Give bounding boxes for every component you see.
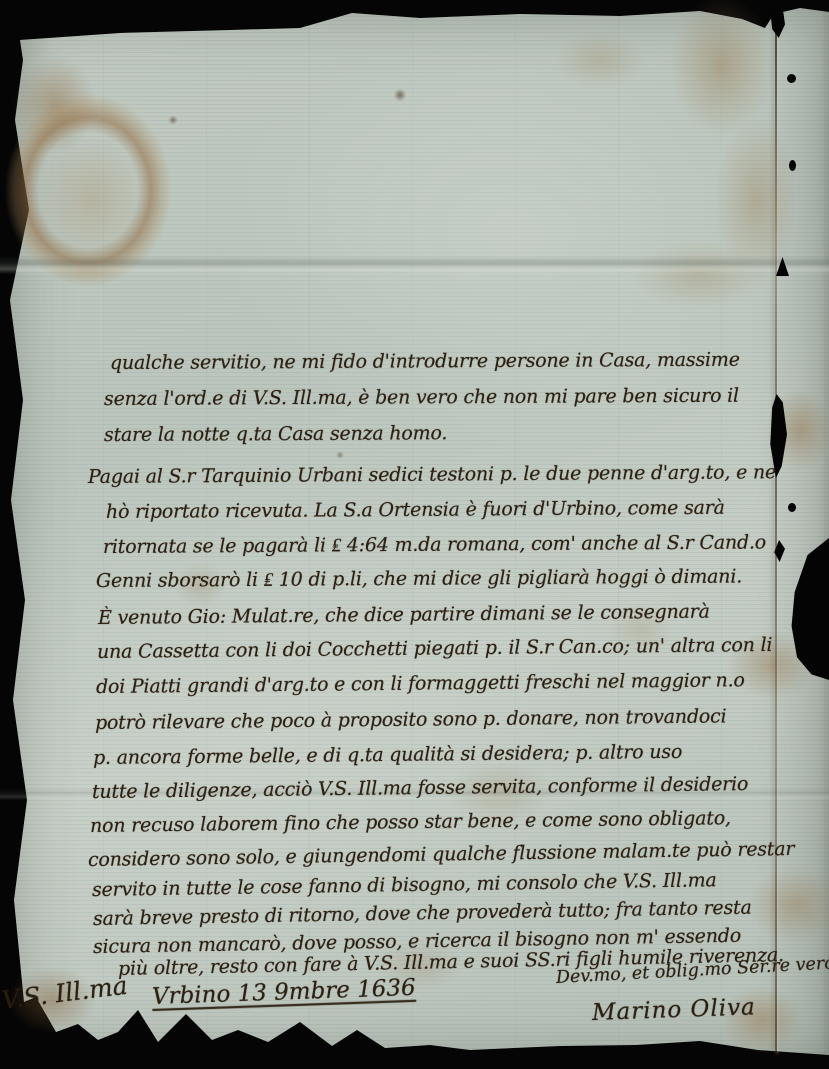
- manuscript-line: servito in tutte le cose fanno di bisogn…: [92, 869, 717, 901]
- manuscript-line: potrò rilevare che poco à proposito sono…: [95, 705, 727, 734]
- manuscript-line: considero sono solo, e giungendomi qualc…: [88, 838, 795, 871]
- manuscript-line: doi Piatti grandi d'arg.to e con li form…: [96, 669, 745, 698]
- manuscript-line: ritornata se le pagarà li ₤ 4:64 m.da ro…: [103, 531, 766, 559]
- manuscript-line: hò riportato ricevuta. La S.a Ortensia è…: [106, 497, 725, 523]
- signature: Marino Oliva: [592, 994, 757, 1026]
- manuscript-line: È venuto Gio: Mulat.re, che dice partire…: [98, 601, 710, 629]
- manuscript-line: stare la notte q.ta Casa senza homo.: [104, 422, 447, 446]
- manuscript-line: Pagai al S.r Tarquinio Urbani sedici tes…: [88, 461, 776, 488]
- manuscript-line: sarà breve presto di ritorno, dove che p…: [93, 897, 752, 930]
- addressee-abbreviation: V.S. Ill.ma: [0, 971, 129, 1015]
- manuscript-line: tutte le diligenze, acciò V.S. Ill.ma fo…: [92, 773, 748, 803]
- manuscript-line: Genni sborsarò li ₤ 10 di p.li, che mi d…: [96, 565, 742, 593]
- manuscript-line: non recuso laborem fino che posso star b…: [90, 807, 731, 837]
- manuscript-line: una Cassetta con li doi Cocchetti piegat…: [97, 634, 773, 663]
- manuscript-line: qualche servitio, ne mi fido d'introdurr…: [110, 349, 740, 374]
- scan-stage: qualche servitio, ne mi fido d'introdurr…: [0, 0, 829, 1069]
- manuscript-text: qualche servitio, ne mi fido d'introdurr…: [0, 0, 829, 1069]
- place-and-date: Vrbino 13 9mbre 1636: [152, 975, 417, 1010]
- manuscript-line: p. ancora forme belle, e di q.ta qualità…: [93, 741, 682, 769]
- manuscript-line: senza l'ord.e di V.S. Ill.ma, è ben vero…: [104, 385, 739, 410]
